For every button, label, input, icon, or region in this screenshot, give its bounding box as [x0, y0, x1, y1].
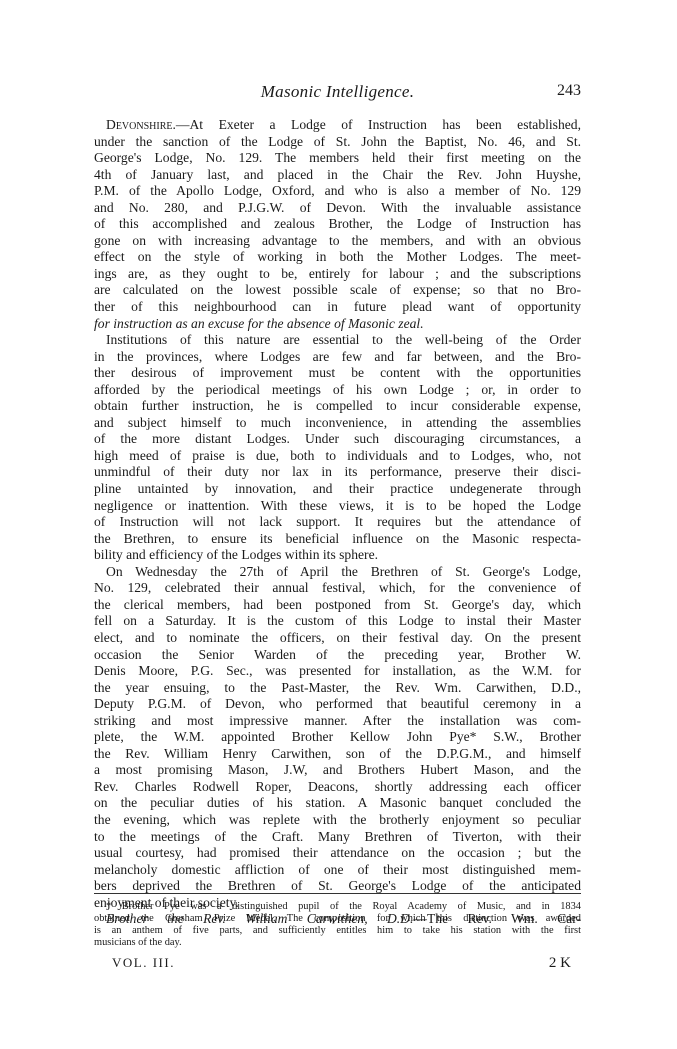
text-line: under the sanction of the Lodge of St. J…: [94, 134, 581, 151]
text-line: usual courtesy, had promised their atten…: [94, 845, 581, 862]
text-line: the Brethren, to ensure its beneficial i…: [94, 531, 581, 548]
text-line: fell on a Saturday. It is the custom of …: [94, 613, 581, 630]
footnote-line: obtained the Gresham Prize Medal. The co…: [94, 913, 581, 925]
text-line: bility and efficiency of the Lodges with…: [94, 547, 581, 564]
page-number: 243: [557, 82, 581, 100]
text-line: P.M. of the Apollo Lodge, Oxford, and wh…: [94, 183, 581, 200]
text-line: effect on the style of working in both t…: [94, 249, 581, 266]
text-line: Rev. Charles Rodwell Roper, Deacons, sho…: [94, 779, 581, 796]
text-line: Institutions of this nature are essentia…: [94, 332, 581, 349]
text-line: the year ensuing, to the Past-Master, th…: [94, 680, 581, 697]
text-line: to the meetings of the Craft. Many Breth…: [94, 829, 581, 846]
text-line: unmindful of their duty nor lax in its p…: [94, 464, 581, 481]
volume-label: VOL. III.: [112, 955, 175, 971]
text-line: pline untainted by innovation, and their…: [94, 481, 581, 498]
text-line: elect, and to nominate the officers, on …: [94, 630, 581, 647]
text-line: ings are, as they ought to be, entirely …: [94, 266, 581, 283]
body-text: Devonshire.—At Exeter a Lodge of Instruc…: [94, 117, 581, 928]
text-line: ther desirous of improvement must be con…: [94, 365, 581, 382]
text-line: Deputy P.G.M. of Devon, who performed th…: [94, 696, 581, 713]
text-line: and subject himself to much inconvenienc…: [94, 415, 581, 432]
footnote-line: musicians of the day.: [94, 937, 581, 949]
text-line: No. 129, celebrated their annual festiva…: [94, 580, 581, 597]
text-line: for instruction as an excuse for the abs…: [94, 316, 581, 333]
text-line: of the more distant Lodges. Under such d…: [94, 431, 581, 448]
text-line: on the peculiar duties of his station. A…: [94, 795, 581, 812]
footnote: * Brother Pye was a distinguished pupil …: [94, 901, 581, 949]
footnote-divider: [94, 893, 581, 894]
text-line: negligence or inattention. With these vi…: [94, 498, 581, 515]
text-line: ther of this neighbourhood can in future…: [94, 299, 581, 316]
text-line: the evening, which was replete with the …: [94, 812, 581, 829]
text-line: of this accomplished and zealous Brother…: [94, 216, 581, 233]
text-line: the clerical members, had been postponed…: [94, 597, 581, 614]
text-line: high meed of praise is due, both to indi…: [94, 448, 581, 465]
section-heading-devonshire: Devonshire.: [106, 117, 176, 132]
text-line: are calculated on the lowest possible sc…: [94, 282, 581, 299]
text-line: 4th of January last, and placed in the C…: [94, 167, 581, 184]
running-head: Masonic Intelligence. 243: [94, 82, 581, 102]
signature-line: VOL. III. 2 K: [94, 955, 581, 971]
text-line: and No. 280, and P.J.G.W. of Devon. With…: [94, 200, 581, 217]
text-line: On Wednesday the 27th of April the Breth…: [94, 564, 581, 581]
text-line: striking and most impressive manner. Aft…: [94, 713, 581, 730]
text-line: gone on with increasing advantage to the…: [94, 233, 581, 250]
text-line: melancholy domestic affliction of one of…: [94, 862, 581, 879]
text-line: the Rev. William Henry Carwithen, son of…: [94, 746, 581, 763]
footnote-line: * Brother Pye was a distinguished pupil …: [94, 901, 581, 913]
text-line: George's Lodge, No. 129. The members hel…: [94, 150, 581, 167]
running-title: Masonic Intelligence.: [94, 82, 581, 102]
text-line: of Instruction will not lack support. It…: [94, 514, 581, 531]
text-line: Devonshire.—At Exeter a Lodge of Instruc…: [94, 117, 581, 134]
text-line: a most promising Mason, J.W, and Brother…: [94, 762, 581, 779]
text-line: obtain further instruction, he is compel…: [94, 398, 581, 415]
footnote-line: is an anthem of five parts, and sufficie…: [94, 925, 581, 937]
text-line: Denis Moore, P.G. Sec., was presented fo…: [94, 663, 581, 680]
signature-mark: 2 K: [549, 955, 571, 972]
text-line: plete, the W.M. appointed Brother Kellow…: [94, 729, 581, 746]
text-line: afforded by the periodical meetings of h…: [94, 382, 581, 399]
text-line: occasion the Senior Warden of the preced…: [94, 647, 581, 664]
text-line: in the provinces, where Lodges are few a…: [94, 349, 581, 366]
